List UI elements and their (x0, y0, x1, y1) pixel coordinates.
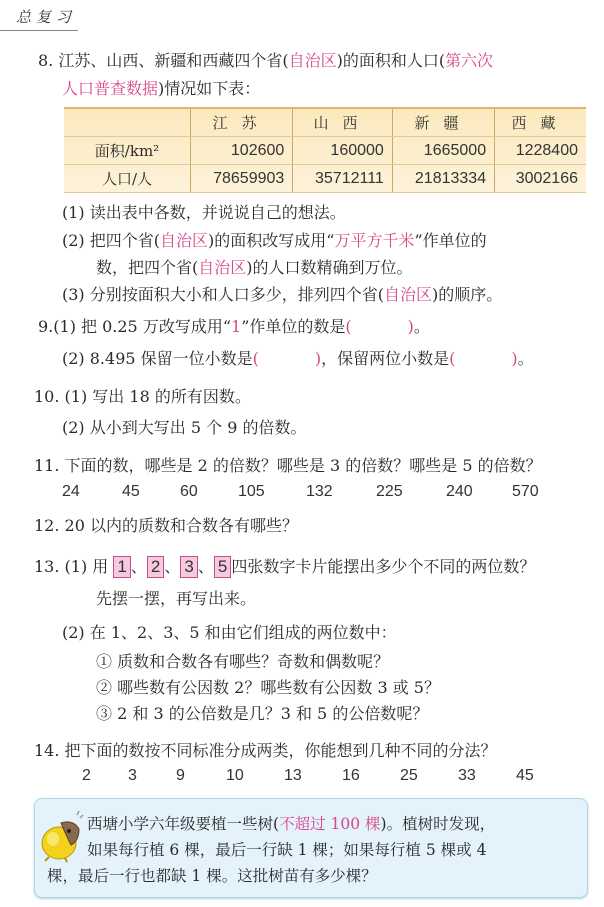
table-header-row: 江苏 山西 新疆 西藏 (64, 108, 586, 137)
table-row: 人口/人 78659903 35712111 21813334 3002166 (64, 165, 586, 193)
q14-text: 14. 把下面的数按不同标准分成两类，你能想到几种不同的分法？ (34, 740, 497, 762)
q13-sub1: 13. (1) 用 1、2、3、5四张数字卡片能摆出多少个不同的两位数？ (34, 556, 535, 578)
digit-card: 3 (180, 556, 197, 578)
digit-card: 5 (214, 556, 231, 578)
q10-sub1: 10. (1) 写出 18 的所有因数。 (34, 386, 251, 408)
q8-number: 8. (38, 51, 53, 70)
q12-number: 12. (34, 516, 59, 535)
q13-sub1-line2: 先摆一摆，再写出来。 (96, 588, 256, 610)
q11-number: 11. (34, 456, 59, 475)
digit-card: 1 (113, 556, 130, 578)
q8-line1: 8. 江苏、山西、新疆和西藏四个省(自治区)的面积和人口(第六次 (38, 50, 493, 72)
q8-sub2-line2: 数，把四个省(自治区)的人口数精确到万位。 (96, 257, 413, 279)
q10-sub2: (2) 从小到大写出 5 个 9 的倍数。 (62, 417, 306, 439)
area-population-table: 江苏 山西 新疆 西藏 面积/km² 102600 160000 1665000… (64, 107, 586, 193)
q9-sub2: (2) 8.495 保留一位小数是()，保留两位小数是()。 (62, 348, 534, 370)
row-label: 人口/人 (64, 165, 191, 193)
q13-item-3: ③ 2 和 3 的公倍数是几？3 和 5 的公倍数呢？ (96, 703, 428, 725)
q9-sub1: 9.(1) 把 0.25 万改写成用“1”作单位的数是()。 (38, 316, 430, 338)
table-row: 面积/km² 102600 160000 1665000 1228400 (64, 137, 586, 165)
q9-number: 9. (38, 317, 53, 336)
tip-line-3: 棵，最后一行也都缺 1 棵。这批树苗有多少棵？ (47, 865, 377, 887)
q11-text: 11. 下面的数，哪些是 2 的倍数？哪些是 3 的倍数？哪些是 5 的倍数？ (34, 455, 542, 477)
digit-card: 2 (147, 556, 164, 578)
tip-line-1: 西塘小学六年级要植一些树(不超过 100 棵)。植树时发现， (87, 813, 495, 835)
q8-line2: 人口普查数据)情况如下表： (62, 78, 260, 100)
tip-line-2: 如果每行植 6 棵，最后一行缺 1 棵；如果每行植 5 棵或 4 (87, 839, 486, 861)
q8-sub2: (2) 把四个省(自治区)的面积改写成用“万平方千米”作单位的 (62, 230, 487, 252)
q13-item-2: ② 哪些数有公因数 2？哪些数有公因数 3 或 5？ (96, 677, 440, 699)
thinking-tip-box: 西塘小学六年级要植一些树(不超过 100 棵)。植树时发现， 如果每行植 6 棵… (34, 798, 588, 898)
mascot-icon (39, 809, 85, 863)
q8-sub1: (1) 读出表中各数，并说说自己的想法。 (62, 202, 346, 224)
q8-sub3: (3) 分别按面积大小和人口多少，排列四个省(自治区)的顺序。 (62, 284, 502, 306)
section-title: 总复习 (16, 6, 76, 27)
q13-sub2: (2) 在 1、2、3、5 和由它们组成的两位数中： (62, 622, 397, 644)
q13-number: 13. (34, 557, 59, 576)
section-header: 总复习 (0, 0, 78, 31)
q13-item-1: ① 质数和合数各有哪些？奇数和偶数呢？ (96, 651, 389, 673)
row-label: 面积/km² (64, 137, 191, 165)
q10-number: 10. (34, 387, 59, 406)
col-shanxi: 山西 (293, 108, 393, 137)
col-jiangsu: 江苏 (191, 108, 293, 137)
col-xinjiang: 新疆 (392, 108, 494, 137)
q14-number: 14. (34, 741, 59, 760)
col-xizang: 西藏 (495, 108, 586, 137)
q12-text: 12. 20 以内的质数和合数各有哪些？ (34, 515, 298, 537)
